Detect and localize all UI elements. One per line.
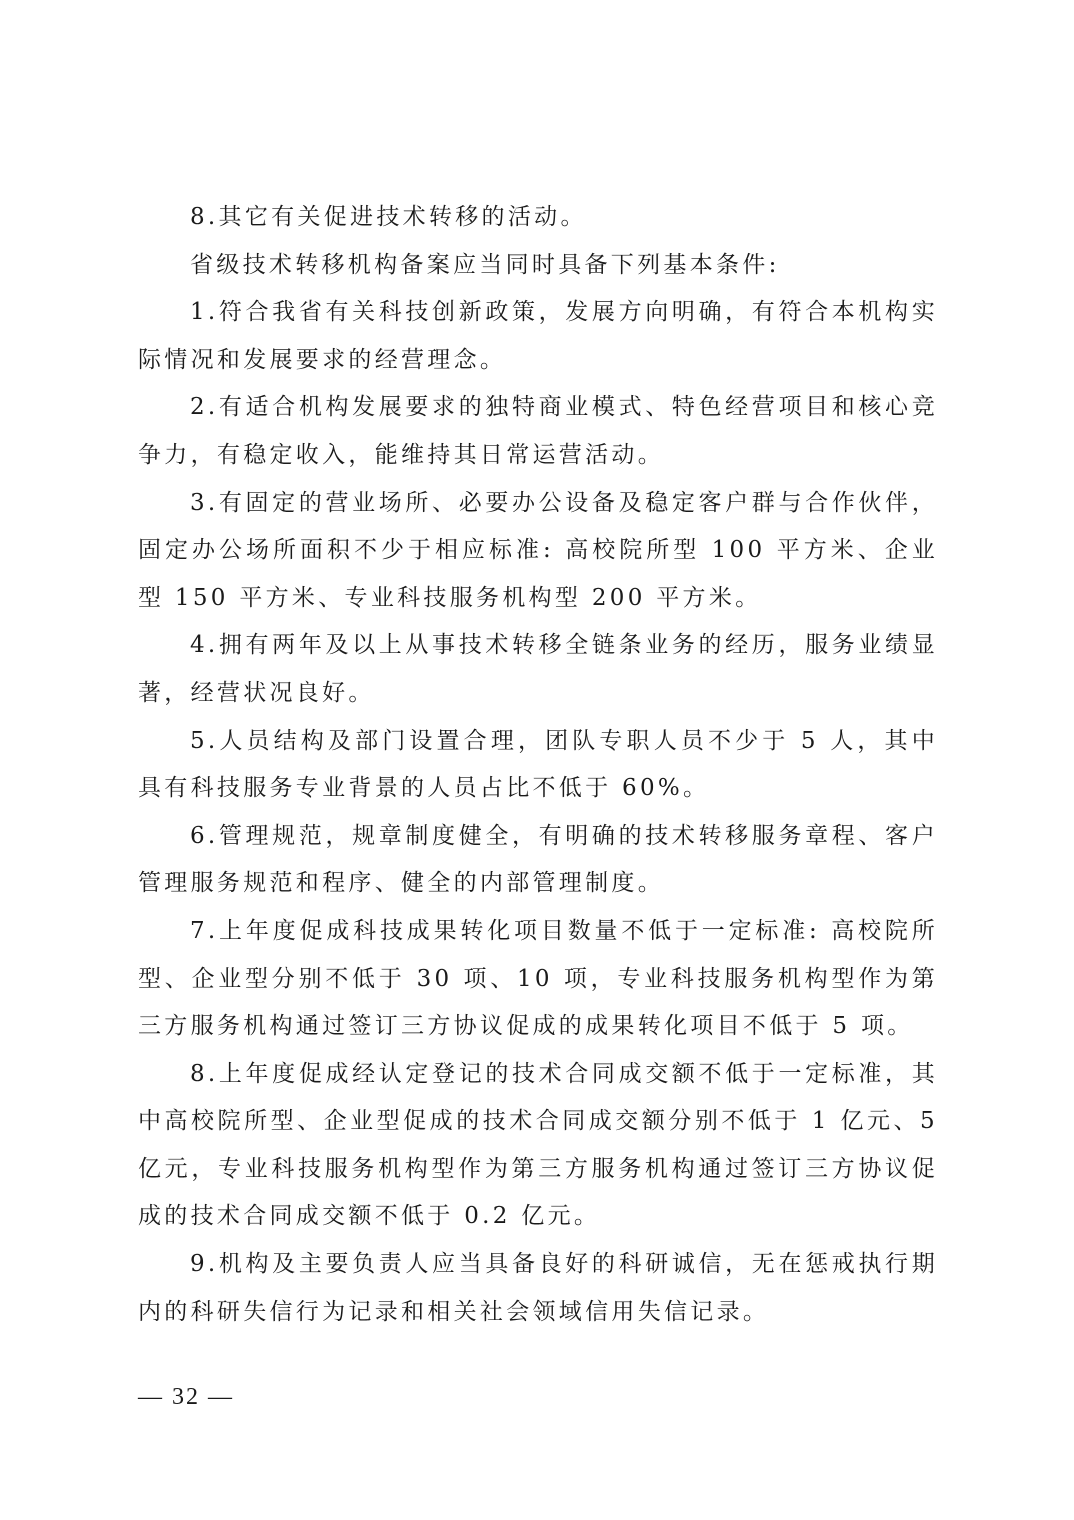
document-page: 8.其它有关促进技术转移的活动。 省级技术转移机构备案应当同时具备下列基本条件:… — [0, 0, 1074, 1520]
paragraph-condition-4: 4.拥有两年及以上从事技术转移全链条业务的经历，服务业绩显著，经营状况良好。 — [138, 622, 938, 717]
paragraph-condition-6: 6.管理规范，规章制度健全，有明确的技术转移服务章程、客户管理服务规范和程序、健… — [138, 813, 938, 908]
paragraph-condition-9: 9.机构及主要负责人应当具备良好的科研诚信，无在惩戒执行期内的科研失信行为记录和… — [138, 1241, 938, 1336]
paragraph-condition-3: 3.有固定的营业场所、必要办公设备及稳定客户群与合作伙伴，固定办公场所面积不少于… — [138, 480, 938, 623]
paragraph-condition-8: 8.上年度促成经认定登记的技术合同成交额不低于一定标准，其中高校院所型、企业型促… — [138, 1051, 938, 1241]
paragraph-condition-1: 1.符合我省有关科技创新政策，发展方向明确，有符合本机构实际情况和发展要求的经营… — [138, 289, 938, 384]
paragraph-condition-5: 5.人员结构及部门设置合理，团队专职人员不少于 5 人，其中具有科技服务专业背景… — [138, 718, 938, 813]
page-number: — 32 — — [138, 1384, 234, 1411]
paragraph-condition-2: 2.有适合机构发展要求的独特商业模式、特色经营项目和核心竞争力，有稳定收入，能维… — [138, 384, 938, 479]
paragraph-conditions-intro: 省级技术转移机构备案应当同时具备下列基本条件: — [138, 242, 938, 290]
paragraph-item-8-other-activities: 8.其它有关促进技术转移的活动。 — [138, 194, 938, 242]
document-body: 8.其它有关促进技术转移的活动。 省级技术转移机构备案应当同时具备下列基本条件:… — [138, 194, 938, 1336]
paragraph-condition-7: 7.上年度促成科技成果转化项目数量不低于一定标准: 高校院所型、企业型分别不低于… — [138, 908, 938, 1051]
